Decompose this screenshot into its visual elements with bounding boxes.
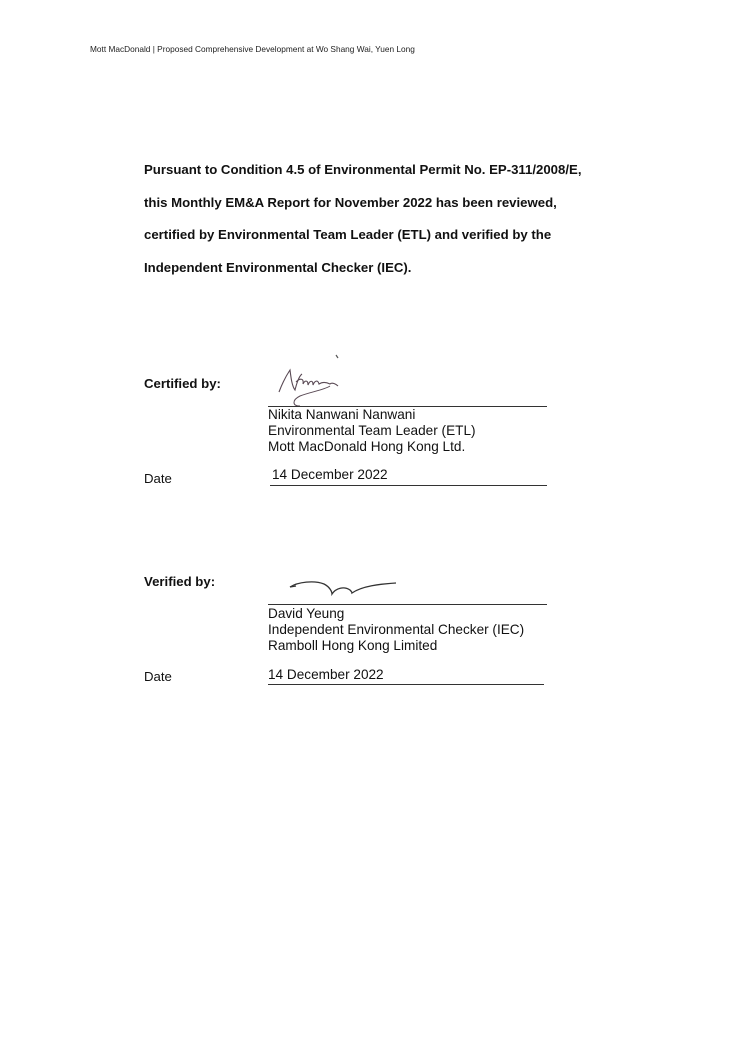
- statement-line-3: certified by Environmental Team Leader (…: [144, 227, 551, 242]
- verifier-role: Independent Environmental Checker (IEC): [268, 622, 524, 638]
- certifier-company: Mott MacDonald Hong Kong Ltd.: [268, 439, 465, 455]
- statement-line-4: Independent Environmental Checker (IEC).: [144, 260, 411, 275]
- certifier-name: Nikita Nanwani Nanwani: [268, 407, 415, 423]
- date-label: Date: [144, 471, 172, 486]
- date-label: Date: [144, 669, 172, 684]
- verifier-company: Ramboll Hong Kong Limited: [268, 638, 437, 654]
- signature-icon: [288, 578, 398, 600]
- verified-by-label: Verified by:: [144, 574, 215, 589]
- certified-date: 14 December 2022: [272, 467, 388, 482]
- statement-line-2: this Monthly EM&A Report for November 20…: [144, 195, 557, 210]
- certified-by-label: Certified by:: [144, 376, 221, 391]
- verified-date: 14 December 2022: [268, 667, 384, 682]
- verifier-name: David Yeung: [268, 606, 344, 622]
- signature-icon: [270, 352, 350, 408]
- certifier-role: Environmental Team Leader (ETL): [268, 423, 476, 439]
- date-line: [270, 485, 547, 486]
- date-line: [268, 684, 544, 685]
- statement-line-1: Pursuant to Condition 4.5 of Environment…: [144, 162, 581, 177]
- page-header: Mott MacDonald | Proposed Comprehensive …: [90, 44, 415, 54]
